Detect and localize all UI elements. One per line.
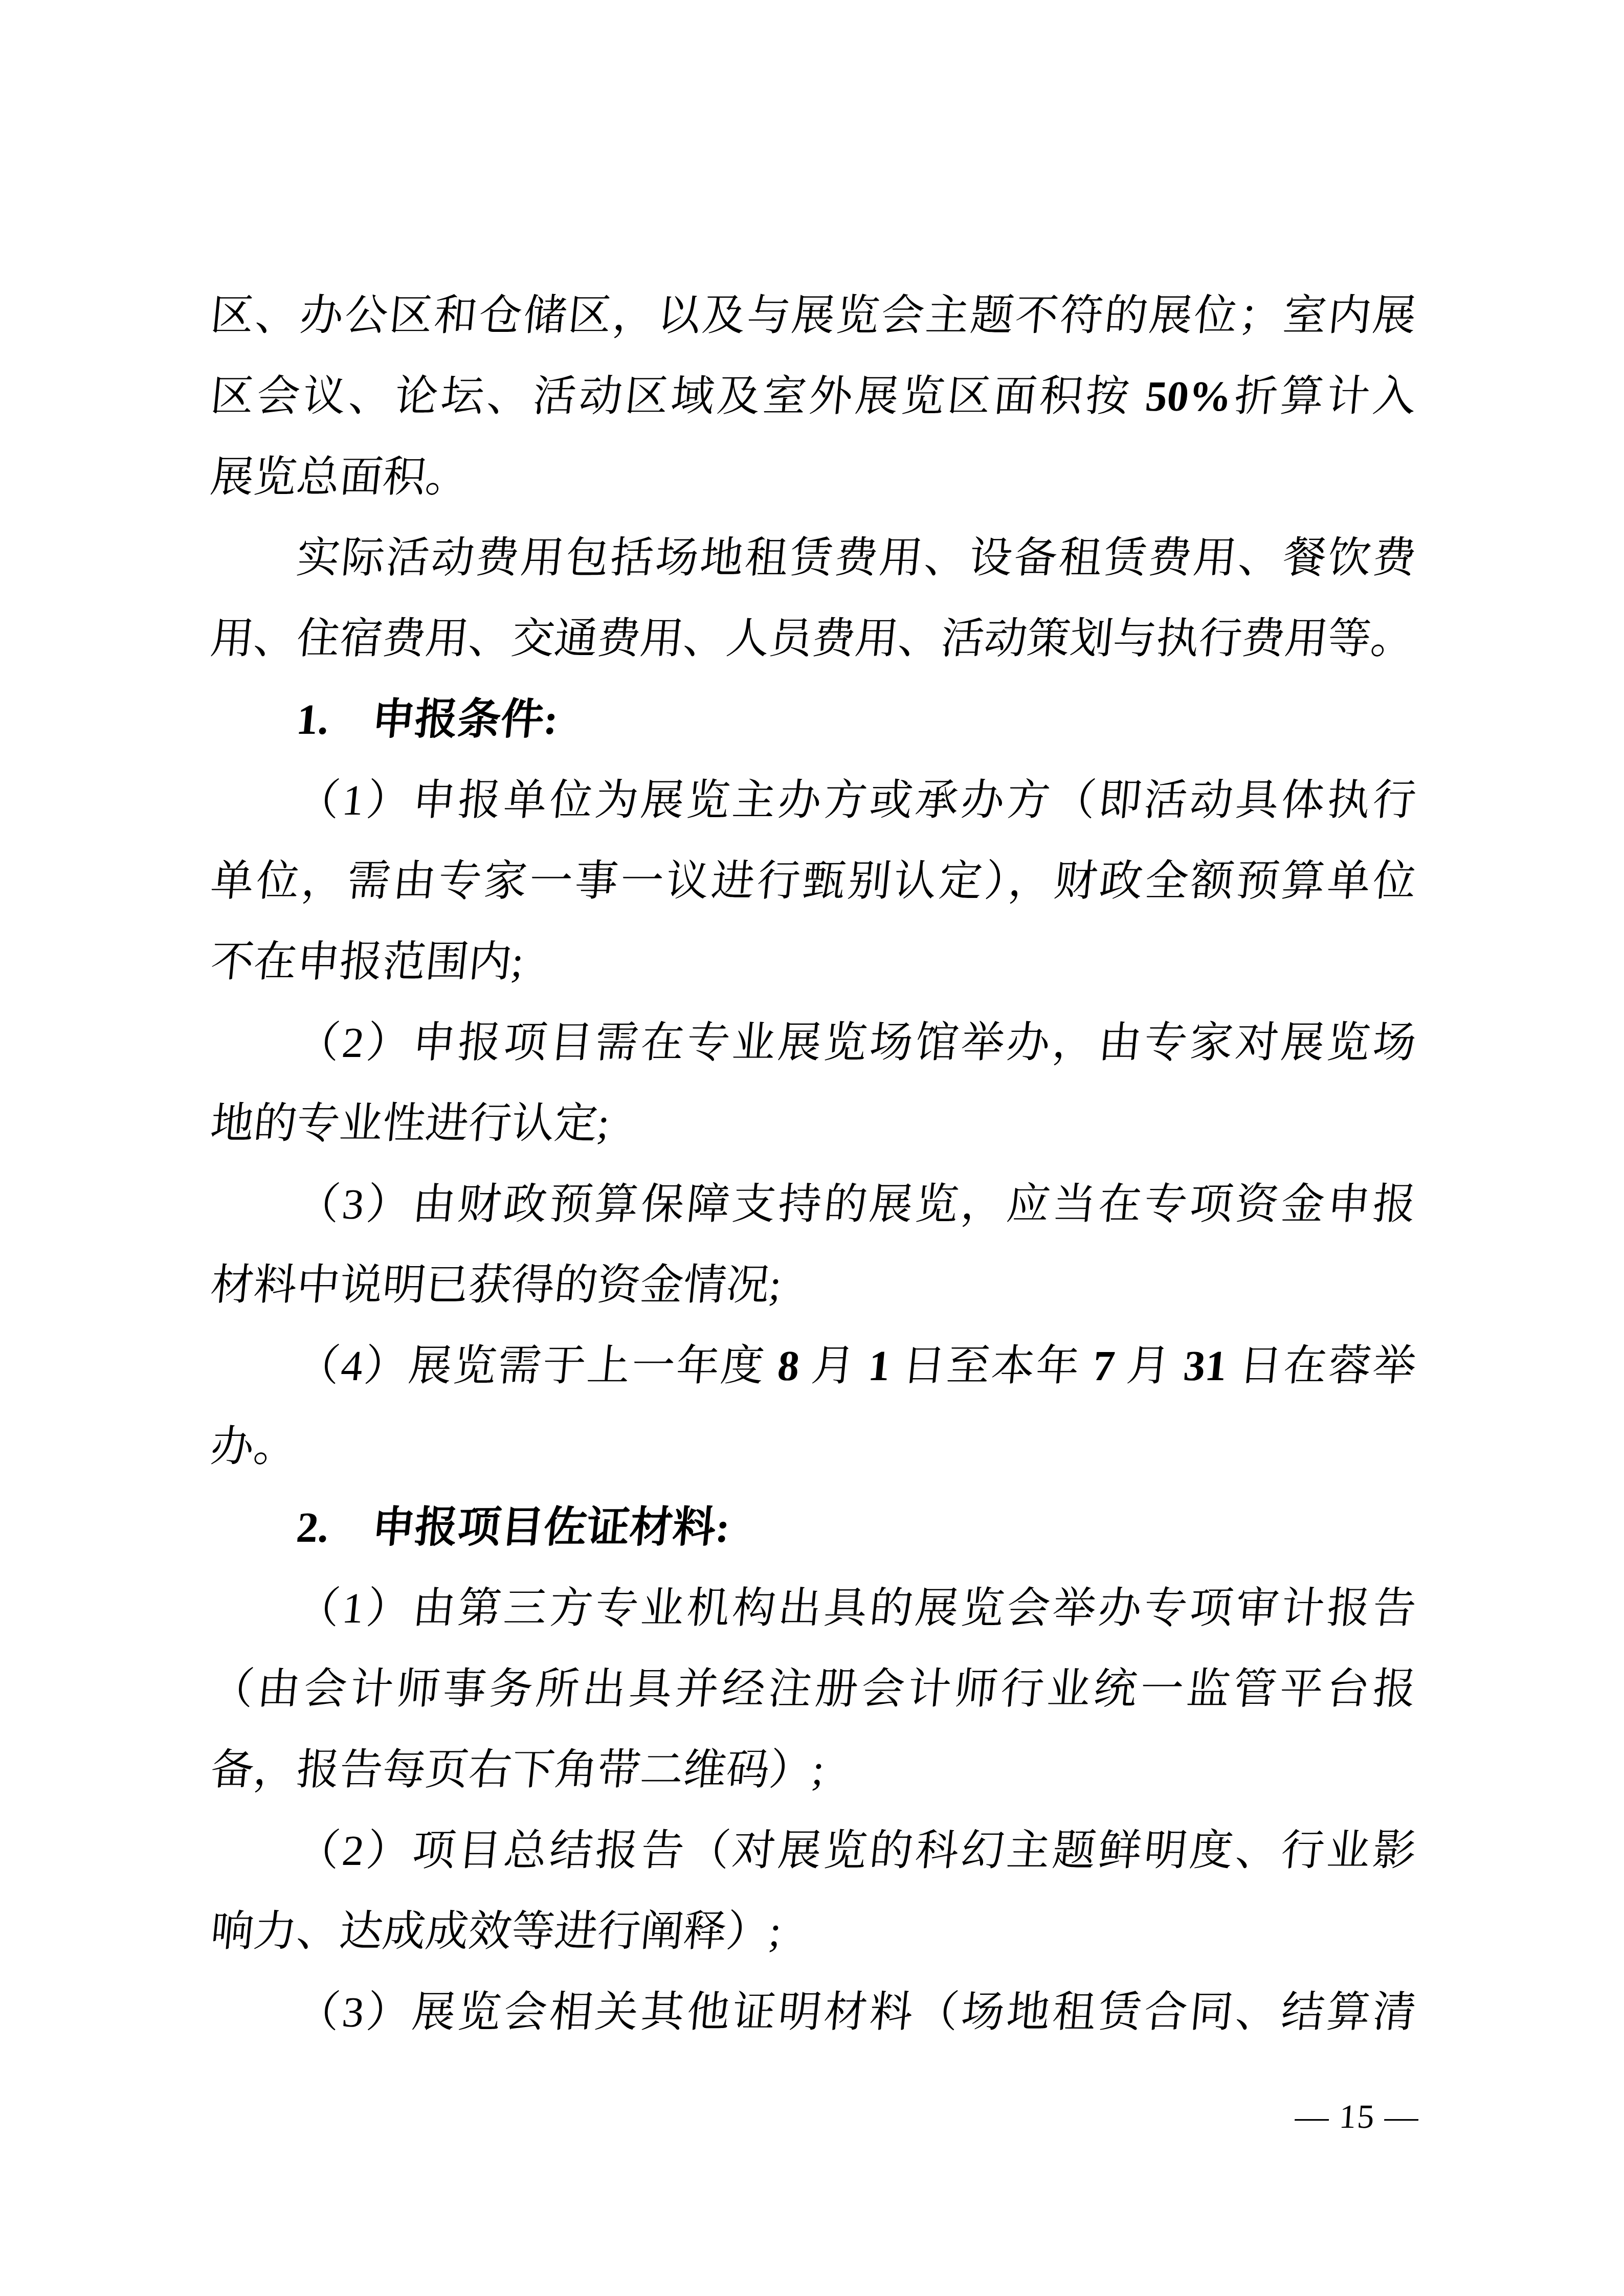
text-segment: （1）申报单位为展览主办方或承办方（即活动具体执行 [295, 777, 1418, 824]
text-segment: （2）项目总结报告（对展览的科幻主题鲜明度、行业影 [295, 1827, 1418, 1875]
bold-text-segment: 31 [1182, 1342, 1229, 1390]
text-segment: （3）由财政预算保障支持的展览，应当在专项资金申报 [295, 1181, 1418, 1228]
text-line: 响力、达成成效等进行阐释）; [207, 1892, 1419, 1972]
text-line: （3）由财政预算保障支持的展览，应当在专项资金申报 [207, 1164, 1419, 1245]
text-segment: 区、办公区和仓储区，以及与展览会主题不符的展位；室内展 [209, 292, 1418, 340]
text-segment: 日在蓉举 [1225, 1342, 1418, 1390]
text-segment: 材料中说明已获得的资金情况; [209, 1262, 784, 1309]
text-segment: 折算计入 [1229, 373, 1418, 420]
text-line: （2）项目总结报告（对展览的科幻主题鲜明度、行业影 [207, 1811, 1419, 1892]
text-segment: 单位，需由专家一事一议进行甄别认定），财政全额预算单位 [209, 858, 1418, 905]
text-segment: 不在申报范围内; [209, 938, 526, 986]
text-line: 备，报告每页右下角带二维码）; [207, 1730, 1419, 1811]
text-segment: 备，报告每页右下角带二维码）; [209, 1746, 827, 1794]
text-line: 材料中说明已获得的资金情况; [207, 1245, 1419, 1326]
text-line: 地的专业性进行认定; [207, 1084, 1419, 1164]
text-segment: 月 [1113, 1342, 1186, 1390]
text-segment: 日至本年 [888, 1342, 1096, 1390]
bold-text-segment: 1. 申报条件: [295, 696, 561, 744]
text-segment: （3）展览会相关其他证明材料（场地租赁合同、结算清 [295, 1989, 1418, 2036]
text-line: （4）展览需于上一年度 8 月 1 日至本年 7 月 31 日在蓉举 [207, 1326, 1419, 1407]
text-segment: （1）由第三方专业机构出具的展览会举办专项审计报告 [295, 1585, 1418, 1632]
document-page: 区、办公区和仓储区，以及与展览会主题不符的展位；室内展区会议、论坛、活动区域及室… [0, 0, 1624, 2296]
text-line: （由会计师事务所出具并经注册会计师行业统一监管平台报 [207, 1649, 1419, 1730]
text-line: 实际活动费用包括场地租赁费用、设备租赁费用、餐饮费 [207, 518, 1419, 599]
text-line: 区会议、论坛、活动区域及室外展览区面积按 50%折算计入 [207, 356, 1419, 437]
bold-text-segment: 2. 申报项目佐证材料: [295, 1504, 732, 1551]
text-segment: 实际活动费用包括场地租赁费用、设备租赁费用、餐饮费 [295, 534, 1418, 582]
text-line: 不在申报范围内; [207, 922, 1419, 1003]
text-segment: 响力、达成成效等进行阐释）; [209, 1908, 784, 1955]
text-segment: （由会计师事务所出具并经注册会计师行业统一监管平台报 [209, 1665, 1418, 1713]
text-segment: （2）申报项目需在专业展览场馆举办，由专家对展览场 [295, 1019, 1418, 1067]
text-line: 区、办公区和仓储区，以及与展览会主题不符的展位；室内展 [207, 276, 1419, 356]
text-segment: 展览总面积。 [209, 454, 471, 501]
text-line: 展览总面积。 [207, 437, 1419, 518]
text-segment: 用、住宿费用、交通费用、人员费用、活动策划与执行费用等。 [209, 615, 1416, 663]
text-line: 单位，需由专家一事一议进行甄别认定），财政全额预算单位 [207, 841, 1419, 922]
text-line: （3）展览会相关其他证明材料（场地租赁合同、结算清 [207, 1972, 1419, 2053]
text-line: 1. 申报条件: [207, 680, 1419, 760]
text-line: （1）由第三方专业机构出具的展览会举办专项审计报告 [207, 1568, 1419, 1649]
text-segment: 月 [797, 1342, 871, 1390]
text-segment: 地的专业性进行认定; [209, 1100, 612, 1147]
text-segment: （4）展览需于上一年度 [295, 1342, 781, 1390]
text-line: 2. 申报项目佐证材料: [207, 1488, 1419, 1568]
text-line: （1）申报单位为展览主办方或承办方（即活动具体执行 [207, 760, 1419, 841]
text-line: （2）申报项目需在专业展览场馆举办，由专家对展览场 [207, 1003, 1419, 1084]
bold-text-segment: 50% [1143, 373, 1234, 420]
text-segment: 办。 [209, 1423, 299, 1471]
text-segment: 区会议、论坛、活动区域及室外展览区面积按 [209, 373, 1148, 420]
text-lines: 区、办公区和仓储区，以及与展览会主题不符的展位；室内展区会议、论坛、活动区域及室… [211, 276, 1416, 2053]
text-line: 办。 [207, 1407, 1419, 1488]
page-number: — 15 — [1294, 2091, 1421, 2143]
text-line: 用、住宿费用、交通费用、人员费用、活动策划与执行费用等。 [207, 599, 1419, 680]
